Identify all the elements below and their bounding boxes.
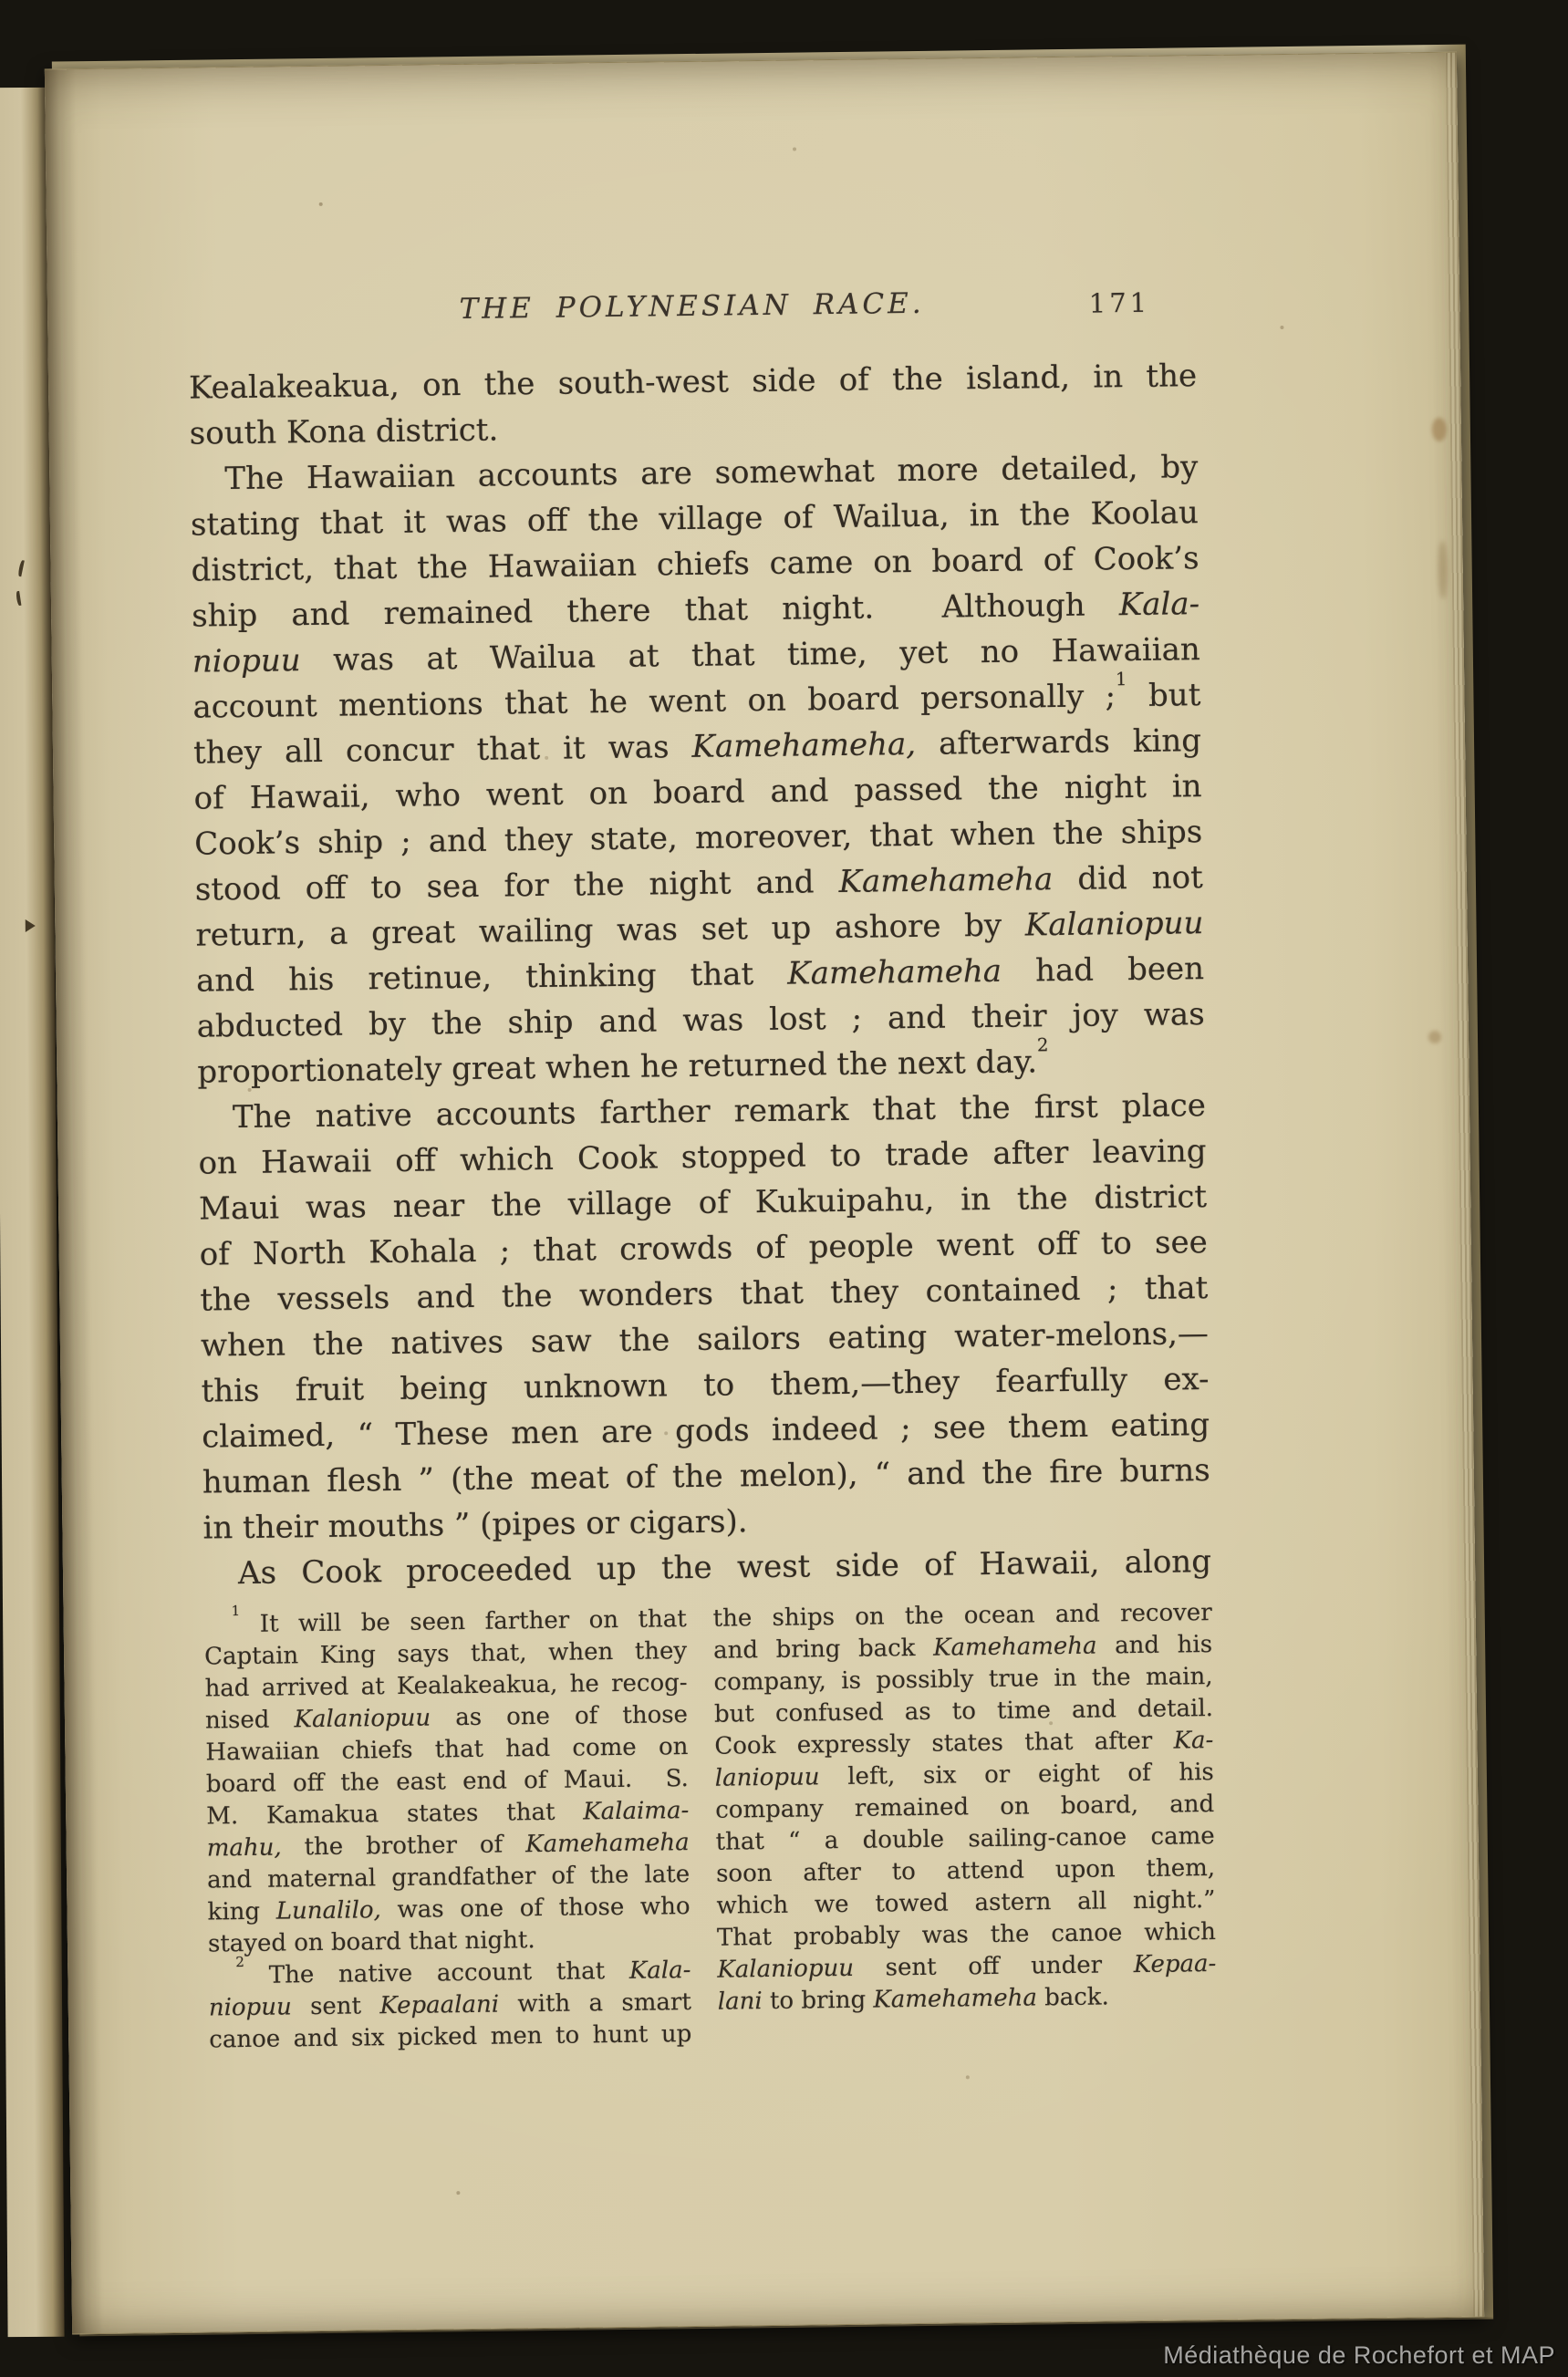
footnote-right-column: the ships on the ocean and recoverand br…	[712, 1597, 1217, 2019]
gutter-mark	[16, 591, 21, 606]
body-text: Kealakeakua, on the south-west side of t…	[189, 353, 1211, 1596]
running-head: THE POLYNESIAN RACE. 171	[188, 284, 1196, 336]
paper-specks	[45, 70, 47, 72]
footnote-left-column: 1 It will be seen farther on thatCaptain…	[204, 1604, 692, 2056]
text-line: Kalaniopuu sent off under Kepaa-	[717, 1948, 1216, 1987]
scan-background: THE POLYNESIAN RACE. 171 Kealakeakua, on…	[0, 0, 1568, 2377]
text-line: lani to bring Kamehameha back.	[718, 1980, 1217, 2019]
paper-stain	[1438, 541, 1448, 599]
gutter-arrow-mark	[26, 919, 36, 932]
paper-stain	[1428, 1031, 1441, 1043]
text-line: king Lunalilo, was one of those who	[207, 1891, 690, 1928]
page-number: 171	[1089, 287, 1151, 319]
page-title: THE POLYNESIAN RACE.	[459, 287, 924, 326]
paper-stain	[1432, 418, 1447, 441]
gutter-mark	[17, 560, 25, 576]
watermark-text: Médiathèque de Rochefort et MAP	[1163, 2341, 1555, 2370]
book-page: THE POLYNESIAN RACE. 171 Kealakeakua, on…	[45, 52, 1484, 2335]
text-line: canoe and six picked men to hunt up	[209, 2019, 691, 2056]
